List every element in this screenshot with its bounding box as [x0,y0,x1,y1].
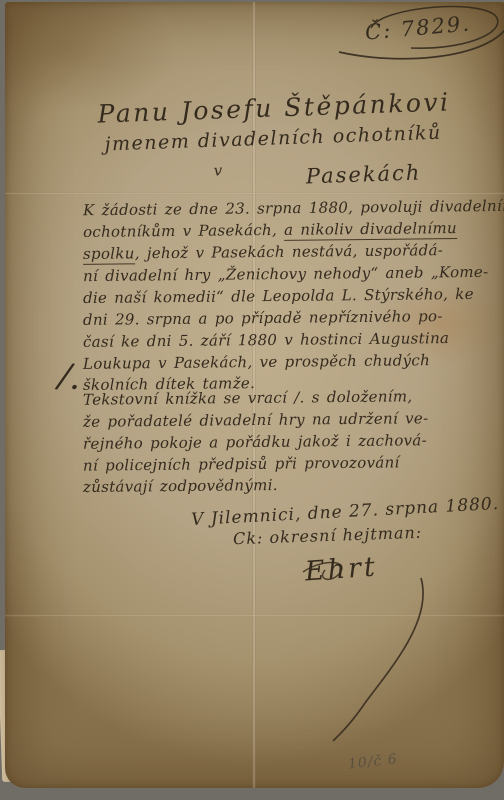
document-page: Č: 7829. Panu Josefu Štěpánkovi jmenem d… [5,2,504,788]
underlined-phrase: a nikoliv divadelnímu [284,219,457,241]
addressee-role: jmenem divadelních ochotníků [104,122,442,156]
office-title: Ck: okresní hejtman: [233,523,423,549]
addressee-preposition: v [213,161,222,179]
body-line: ní divadelní hry „Ženichovy nehody“ aneb… [83,263,489,285]
photograph-of-document: Č: 7829. Panu Josefu Štěpánkovi jmenem d… [0,0,504,800]
body-line: ní policejních předpisů při provozování [83,453,400,474]
body-line-part: ochotníkům v Pasekách, [83,221,284,241]
body-line: že pořadatelé divadelní hry na udržení v… [83,409,429,431]
reference-number-block: Č: 7829. [337,2,504,64]
signature: Ehrt [304,551,379,587]
addressee-place: Pasekách [305,160,421,188]
archive-number-note: 10/č 6 [347,751,398,772]
horizontal-fold-crease [5,192,504,195]
body-line: die naší komedii“ dle Leopolda L. Stýrsk… [83,285,474,307]
body-line: dni 29. srpna a po případě nepříznivého … [83,307,443,329]
body-line-part: , jehož v Pasekách nestává, uspořádá- [135,241,444,262]
body-line: řejného pokoje a pořádku jakož i zachová… [83,431,427,453]
underlined-phrase: spolku [83,244,135,265]
addressee-header: Panu Josefu Štěpánkovi jmenem divadelníc… [75,88,445,101]
body-line: ochotníkům v Pasekách, a nikoliv divadel… [83,219,457,241]
body-line: zůstávají zodpovědnými. [83,476,278,496]
body-line: spolku, jehož v Pasekách nestává, uspořá… [83,241,443,263]
body-line: K žádosti ze dne 23. srpna 1880, povoluj… [83,197,504,220]
margin-reference-mark: /. [56,356,84,399]
body-line: časí ke dni 5. září 1880 v hostinci Augu… [83,329,449,351]
body-line: Tekstovní knížka se vrací /. s doložením… [83,387,413,408]
body-line: Loukupa v Pasekách, ve prospěch chudých [83,351,430,373]
